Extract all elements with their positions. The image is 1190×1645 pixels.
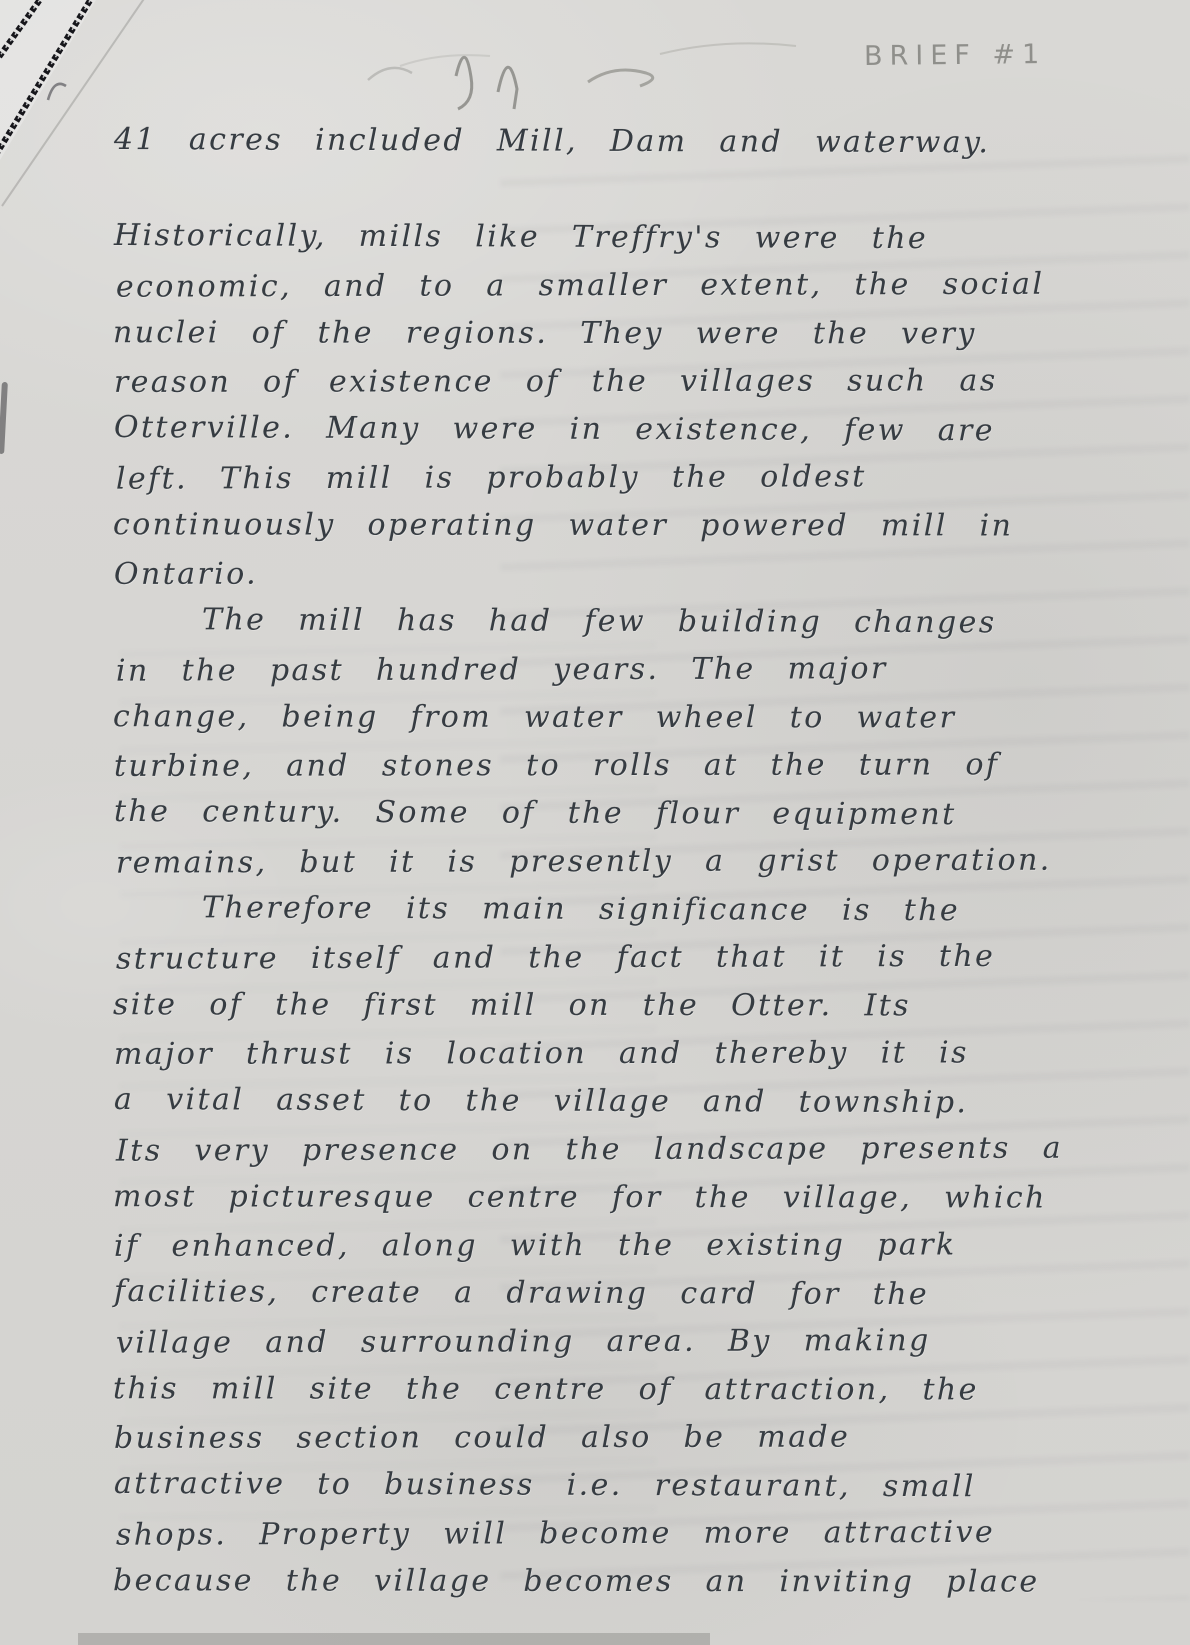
bottom-edge-shadow — [78, 1633, 710, 1645]
handwritten-line: continuously operating water powered mil… — [113, 501, 1161, 550]
pencil-note-brief: BRIEF #1 — [864, 39, 1047, 72]
handwritten-line: turbine, and stones to rolls at the turn… — [114, 741, 1162, 791]
handwritten-line: Ontario. — [114, 549, 1162, 599]
handwritten-line: reason of existence of the villages such… — [114, 357, 1162, 407]
scanned-page: BRIEF #1 41 acres included Mill, Dam and… — [0, 0, 1190, 1645]
handwritten-text: 41 acres included Mill, Dam and waterway… — [114, 118, 1162, 1606]
handwritten-line: remains, but it is presently a grist ope… — [116, 836, 1164, 887]
handwritten-line: nuclei of the regions. They were the ver… — [113, 309, 1161, 358]
handwritten-line: because the village becomes an inviting … — [113, 1557, 1161, 1606]
handwritten-line: change, being from water wheel to water — [113, 693, 1161, 742]
handwritten-line: shops. Property will become more attract… — [116, 1508, 1164, 1559]
erased-pencil-scribble — [360, 18, 830, 128]
handwritten-line: a vital asset to the village and townshi… — [114, 1076, 1162, 1128]
paragraph: Therefore its main significance is the s… — [114, 886, 1162, 1606]
paragraph: Historically, mills like Treffry's were … — [114, 214, 1162, 598]
handwritten-line: site of the first mill on the Otter. Its — [113, 981, 1161, 1030]
handwritten-line: in the past hundred years. The major — [116, 644, 1164, 695]
paragraph: The mill has had few building changes in… — [114, 598, 1162, 886]
handwritten-line: village and surrounding area. By making — [116, 1316, 1164, 1367]
handwritten-line: left. This mill is probably the oldest — [116, 452, 1164, 503]
handwritten-line: this mill site the centre of attraction,… — [113, 1365, 1161, 1414]
handwritten-line: Its very presence on the landscape prese… — [116, 1124, 1164, 1175]
handwritten-line: structure itself and the fact that it is… — [116, 932, 1164, 983]
handwritten-line: most picturesque centre for the village,… — [113, 1173, 1161, 1222]
handwritten-line: the century. Some of the flour equipment — [114, 788, 1162, 840]
handwritten-line: The mill has had few building changes — [114, 596, 1162, 648]
handwritten-line: if enhanced, along with the existing par… — [114, 1221, 1162, 1271]
pencil-check-mark — [46, 78, 80, 108]
handwritten-line: major thrust is location and thereby it … — [114, 1029, 1162, 1079]
handwritten-line: 41 acres included Mill, Dam and waterway… — [114, 116, 1162, 168]
handwritten-line: facilities, create a drawing card for th… — [114, 1268, 1162, 1320]
handwritten-line: attractive to business i.e. restaurant, … — [114, 1460, 1162, 1512]
scan-edge-artifact — [0, 382, 8, 454]
paragraph: 41 acres included Mill, Dam and waterway… — [114, 118, 1162, 166]
handwritten-line: Historically, mills like Treffry's were … — [114, 212, 1162, 264]
handwritten-line: economic, and to a smaller extent, the s… — [116, 260, 1164, 311]
handwritten-line: Otterville. Many were in existence, few … — [114, 404, 1162, 456]
handwritten-line: Therefore its main significance is the — [114, 884, 1162, 936]
handwritten-line: business section could also be made — [114, 1413, 1162, 1463]
